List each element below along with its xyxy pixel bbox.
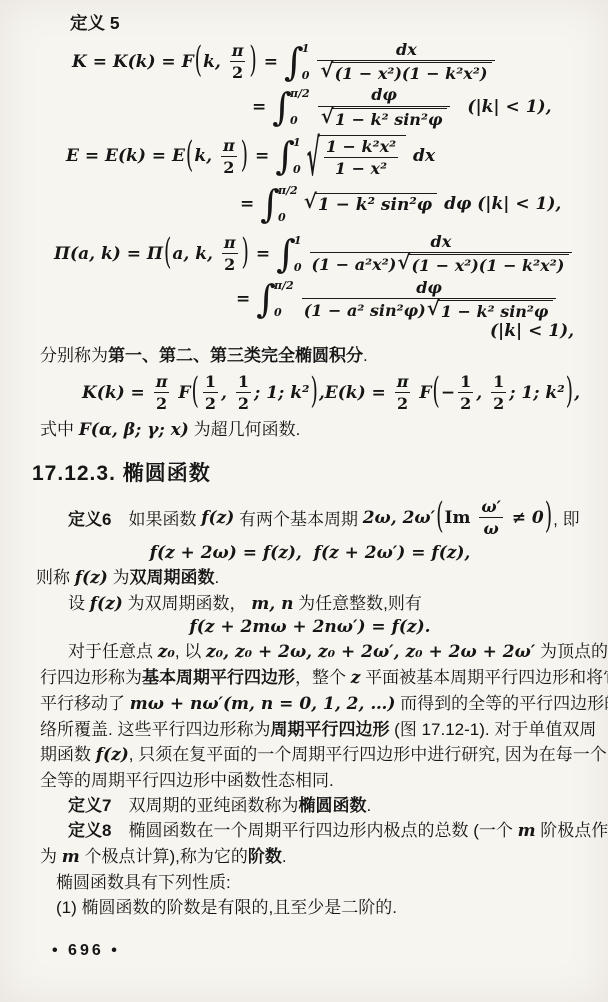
big-paren: ( xyxy=(436,500,443,535)
fraction-bar xyxy=(458,392,473,393)
math-text: 1 − x² xyxy=(335,159,387,178)
bold-text: 周期平行四边形 xyxy=(270,720,389,739)
fraction-denominator: ω xyxy=(481,519,500,538)
upper-limit: π/2 xyxy=(278,184,298,197)
text: 为任意整数,则有 xyxy=(293,594,421,613)
text: ，整个 xyxy=(295,668,351,687)
formula-k-condition: (|k| < 1), xyxy=(490,321,580,341)
fraction-denominator: 2 xyxy=(236,394,251,413)
fraction-denominator: 2 xyxy=(203,394,218,413)
math-roman-text: 2 xyxy=(224,255,235,274)
para-definition-8-line2: 为 m 个极点计算),称为它的阶数. xyxy=(40,844,580,870)
text: 个极点计算),称为它的 xyxy=(80,847,248,866)
text: 全等的周期平行四边形中函数性态相同. xyxy=(40,771,334,790)
integral-limits: 10 xyxy=(293,136,301,176)
text: . xyxy=(363,346,368,365)
math-text: − xyxy=(441,383,455,403)
math-text: ; 1; k² xyxy=(509,383,564,403)
fraction-bar xyxy=(395,392,411,393)
text: 平行移动了 xyxy=(40,694,130,713)
fraction: ω′ω xyxy=(479,497,502,538)
formula-Pi-line2: = ∫π/20dφ(1 − a² sin²φ)√1 − k² sin²φ xyxy=(236,278,580,321)
radical-icon: √ xyxy=(321,106,334,126)
math-text: F(α, β; γ; x) xyxy=(79,420,189,440)
para-parallelogram-line5: 期函数 f(z), 只须在复平面的一个周期平行四边形中进行研究, 因为在每一个 xyxy=(40,742,580,768)
text: 行四边形称为 xyxy=(40,668,142,687)
math-text: z xyxy=(351,668,361,688)
math-text: = xyxy=(258,52,284,72)
fraction-bar xyxy=(317,60,495,61)
definition-5-heading: 定义 5 xyxy=(70,12,580,34)
math-text: F xyxy=(172,383,190,403)
integral: ∫10 xyxy=(275,136,303,176)
integral: ∫π/20 xyxy=(260,184,301,224)
big-paren: ) xyxy=(241,139,248,174)
math-text: dx xyxy=(407,146,435,166)
fraction: dφ(1 − a² sin²φ)√1 − k² sin²φ xyxy=(302,278,557,321)
math-text: π xyxy=(232,41,244,60)
math-text: π xyxy=(223,136,235,155)
para-parallelogram-line1: 对于任意点 z₀, 以 z₀, z₀ + 2ω, z₀ + 2ω′, z₀ + … xyxy=(68,639,580,665)
integral-limits: π/20 xyxy=(278,184,298,224)
big-paren: ) xyxy=(310,375,317,410)
math-roman-text: 2 xyxy=(397,394,408,413)
math-roman-text: 2 xyxy=(493,394,504,413)
fraction-numerator: dφ xyxy=(414,278,444,297)
math-text: (1 − x²)(1 − k²x²) xyxy=(411,256,564,275)
fraction-denominator: 2 xyxy=(230,63,245,82)
math-roman-text: 1 xyxy=(493,372,504,391)
text: 分别称为 xyxy=(40,346,108,365)
integral-limits: 10 xyxy=(302,42,310,82)
fraction-bar xyxy=(230,61,246,62)
formula-double-period: f(z + 2ω) = f(z), f(z + 2ω′) = f(z), xyxy=(40,543,580,563)
big-paren: ) xyxy=(249,44,256,79)
math-text: = xyxy=(252,97,272,117)
text: 为 xyxy=(40,847,62,866)
fraction-numerator: π xyxy=(154,372,170,391)
square-root: √1 − k² sin²φ xyxy=(304,193,437,215)
page-number: • 696 • xyxy=(52,942,120,960)
para-definition-7: 定义7 双周期的亚纯函数称为椭圆函数. xyxy=(68,793,580,818)
bold-text: 定义8 xyxy=(68,821,111,840)
upper-limit: 1 xyxy=(293,136,301,149)
math-text: π xyxy=(156,372,168,391)
fraction-denominator: 1 − x² xyxy=(333,159,389,178)
integral: ∫π/20 xyxy=(256,279,297,319)
fraction: dx√(1 − x²)(1 − k²x²) xyxy=(317,40,495,83)
text: 如果函数 xyxy=(111,505,201,530)
fraction: π2 xyxy=(154,372,170,413)
math-roman-text: Im xyxy=(445,508,477,528)
math-text: = xyxy=(236,289,256,309)
fraction-numerator: π xyxy=(230,41,246,60)
text: 络所覆盖. 这些平行四边形称为 xyxy=(40,720,270,739)
math-text: π xyxy=(397,372,409,391)
math-text: = xyxy=(249,146,275,166)
big-paren: ( xyxy=(164,236,171,271)
big-paren: ( xyxy=(186,139,193,174)
math-text: 1 − k² sin²φ xyxy=(441,302,549,321)
math-text: ω xyxy=(483,519,498,538)
fraction-bar xyxy=(479,517,502,518)
bold-text: 双周期函数 xyxy=(130,568,215,587)
radicand: 1 − k² sin²φ xyxy=(315,193,437,215)
text: , 以 xyxy=(175,642,206,661)
fraction-denominator: 2 xyxy=(154,394,169,413)
bold-text: 椭圆函数 xyxy=(298,796,366,815)
para-parallelogram-line2: 行四边形称为基本周期平行四边形，整个 z 平面被基本周期平行四边形和将它 xyxy=(40,665,580,691)
upper-limit: π/2 xyxy=(290,87,310,100)
page-content: 定义 5K = K(k) = F(k, π2) = ∫10dx√(1 − x²)… xyxy=(40,12,580,920)
text: 对于任意点 xyxy=(68,642,158,661)
math-text: = xyxy=(250,244,276,264)
math-text: π xyxy=(224,233,236,252)
fraction-denominator: √(1 − x²)(1 − k²x²) xyxy=(317,62,495,83)
fraction-denominator: 2 xyxy=(491,394,506,413)
radical-icon: √ xyxy=(397,252,410,272)
square-root: √1 − k² sin²φ xyxy=(321,108,448,129)
integral-limits: 10 xyxy=(294,234,302,274)
radicand: 1 − k² sin²φ xyxy=(438,300,554,321)
big-paren: ) xyxy=(242,236,249,271)
bold-text: 第一、第二、第三类完全椭圆积分 xyxy=(108,346,363,365)
text: 阶极点作 xyxy=(536,821,608,840)
para-suppose: 设 f(z) 为双周期函数， m, n 为任意整数,则有 xyxy=(68,591,580,617)
math-roman-text: 2 xyxy=(205,394,216,413)
text: 为 xyxy=(108,568,130,587)
integral-limits: π/20 xyxy=(274,279,294,319)
math-text: ; 1; k² xyxy=(254,383,309,403)
radical-icon: √ xyxy=(427,298,440,318)
text: (1) 椭圆函数的阶数是有限的,且至少是二阶的. xyxy=(56,898,397,917)
math-text: (1 − a²x²) xyxy=(312,255,397,274)
math-text: 1 − k² sin²φ xyxy=(335,110,443,129)
math-text: k, xyxy=(203,52,227,72)
para-integral-names: 分别称为第一、第二、第三类完全椭圆积分. xyxy=(40,343,580,368)
fraction: π2 xyxy=(221,136,237,177)
square-root: √(1 − x²)(1 − k²x²) xyxy=(320,62,492,83)
formula-K-line2: = ∫π/20dφ√1 − k² sin²φ(|k| < 1), xyxy=(252,85,580,128)
lower-limit: 0 xyxy=(278,211,298,224)
text: 为超几何函数. xyxy=(189,420,300,439)
text: . xyxy=(366,796,371,815)
fraction-bar xyxy=(491,392,506,393)
radicand: (1 − x²)(1 − k²x²) xyxy=(332,62,493,83)
fraction-denominator: 2 xyxy=(458,394,473,413)
math-text: dx xyxy=(431,232,452,251)
math-text: ω′ xyxy=(481,497,500,516)
fraction: π2 xyxy=(395,372,411,413)
big-paren: ) xyxy=(566,375,573,410)
math-text: E(k) = xyxy=(325,383,392,403)
math-text: , xyxy=(574,383,580,403)
fraction-bar xyxy=(221,156,237,157)
lower-limit: 0 xyxy=(293,163,301,176)
fraction-numerator: dφ xyxy=(369,85,399,104)
text: (图 17.12-1). 对于单值双周 xyxy=(389,720,596,739)
text: 设 xyxy=(68,594,90,613)
lower-limit: 0 xyxy=(294,261,302,274)
math-text: 1 − k² sin²φ xyxy=(318,195,432,215)
bold-text: 定义 5 xyxy=(70,13,120,33)
para-parallelogram-line3: 平行移动了 mω + nω′(m, n = 0, 1, 2, …) 而得到的全等… xyxy=(40,691,580,717)
text: , 即 xyxy=(553,505,579,530)
math-roman-text: 1 xyxy=(205,372,216,391)
math-text: F xyxy=(413,383,431,403)
text: . xyxy=(282,847,287,866)
bold-text: 基本周期平行四边形 xyxy=(142,668,295,687)
para-definition-6: 定义6 如果函数 f(z) 有两个基本周期 2ω, 2ω′(Im ω′ω ≠ 0… xyxy=(68,497,580,538)
math-roman-text: 2 xyxy=(460,394,471,413)
fraction-numerator: dx xyxy=(394,40,419,59)
formula-hypergeometric: K(k) = π2 F(12, 12; 1; k²),E(k) = π2 F(−… xyxy=(82,372,580,413)
bold-text: 17.12.3. 椭圆函数 xyxy=(32,462,211,485)
fraction: dφ√1 − k² sin²φ xyxy=(318,85,451,128)
math-text: , xyxy=(476,383,488,403)
math-text: , xyxy=(221,383,233,403)
fraction-bar xyxy=(318,106,451,107)
square-root: √(1 − x²)(1 − k²x²) xyxy=(397,254,569,275)
math-roman-text: 2 xyxy=(156,394,167,413)
square-root: √1 − k² sin²φ xyxy=(427,300,554,321)
fraction-numerator: 1 xyxy=(236,372,251,391)
fraction-numerator: ω′ xyxy=(479,497,502,516)
text: , 只须在复平面的一个周期平行四边形中进行研究, 因为在每一个 xyxy=(129,745,607,764)
big-paren: ( xyxy=(191,375,198,410)
radicand: (1 − x²)(1 − k²x²) xyxy=(408,254,569,275)
math-roman-text: 2 xyxy=(223,158,234,177)
para-parallelogram-line6: 全等的周期平行四边形中函数性态相同. xyxy=(40,768,580,793)
formula-E-line1: E = E(k) = E(k, π2) = ∫10√1 − k²x²1 − x²… xyxy=(66,135,580,178)
text: 为双周期函数， xyxy=(123,594,251,613)
text: 期函数 xyxy=(40,745,96,764)
fraction-numerator: dx xyxy=(429,232,454,251)
math-roman-text: 1 xyxy=(238,372,249,391)
fraction-numerator: π xyxy=(395,372,411,391)
para-hypergeometric-note: 式中 F(α, β; γ; x) 为超几何函数. xyxy=(40,417,580,443)
fraction-numerator: π xyxy=(221,136,237,155)
math-text: K(k) = xyxy=(82,383,151,403)
fraction-numerator: 1 − k²x² xyxy=(324,137,398,156)
upper-limit: 1 xyxy=(294,234,302,247)
bold-text: 定义7 xyxy=(68,796,111,815)
math-text: K = K(k) = F xyxy=(72,52,194,72)
fraction-numerator: 1 xyxy=(491,372,506,391)
text: 则称 xyxy=(36,568,75,587)
text: 而得到的全等的平行四边形的网 xyxy=(395,694,608,713)
math-text: (1 − a² sin²φ) xyxy=(304,301,426,320)
big-paren: ( xyxy=(432,375,439,410)
math-text: (|k| < 1), xyxy=(467,97,551,117)
fraction-bar xyxy=(324,157,398,158)
fraction: 12 xyxy=(491,372,506,413)
integral: ∫10 xyxy=(276,234,304,274)
fraction: π2 xyxy=(222,233,238,274)
math-text: z₀, z₀ + 2ω, z₀ + 2ω′, z₀ + 2ω + 2ω′ xyxy=(206,642,535,662)
lower-limit: 0 xyxy=(302,69,310,82)
math-text: a, k, xyxy=(172,244,218,264)
math-text: (1 − x²)(1 − k²x²) xyxy=(335,64,488,83)
fraction-bar xyxy=(236,392,251,393)
text: 平面被基本周期平行四边形和将它 xyxy=(360,668,608,687)
scanned-book-page: 定义 5K = K(k) = F(k, π2) = ∫10dx√(1 − x²)… xyxy=(0,0,608,1002)
math-text: z₀ xyxy=(158,642,175,662)
fraction: 12 xyxy=(458,372,473,413)
fraction-denominator: (1 − a² sin²φ)√1 − k² sin²φ xyxy=(302,300,557,321)
math-text: dφ (|k| < 1), xyxy=(438,194,561,214)
math-text: m xyxy=(518,821,536,841)
fraction-denominator: 2 xyxy=(221,158,236,177)
integral: ∫π/20 xyxy=(272,87,313,127)
math-text: f(z + 2ω) = f(z), f(z + 2ω′) = f(z), xyxy=(150,543,471,563)
math-text: f(z) xyxy=(201,508,234,528)
math-text: E = E(k) = E xyxy=(66,146,185,166)
formula-E-line2: = ∫π/20√1 − k² sin²φ dφ (|k| < 1), xyxy=(240,184,580,224)
fraction-numerator: 1 xyxy=(458,372,473,391)
fraction-numerator: 1 xyxy=(203,372,218,391)
fraction-denominator: 2 xyxy=(222,255,237,274)
fraction-bar xyxy=(154,392,170,393)
math-text: = xyxy=(240,194,260,214)
text: 有两个基本周期 xyxy=(234,505,362,530)
fraction-bar xyxy=(222,253,238,254)
fraction: 12 xyxy=(236,372,251,413)
radical-icon: √ xyxy=(304,191,317,211)
integral: ∫10 xyxy=(284,42,312,82)
integral-limits: π/20 xyxy=(290,87,310,127)
formula-K-line1: K = K(k) = F(k, π2) = ∫10dx√(1 − x²)(1 −… xyxy=(72,40,580,83)
upper-limit: 1 xyxy=(302,42,310,55)
fraction: 1 − k²x²1 − x² xyxy=(324,137,398,178)
bold-text: 定义6 xyxy=(68,505,111,530)
text: 椭圆函数具有下列性质: xyxy=(56,873,231,892)
math-text: dφ xyxy=(371,85,397,104)
formula-Pi-line1: Π(a, k) = Π(a, k, π2) = ∫10dx(1 − a²x²)√… xyxy=(54,232,580,275)
para-definition-8-line1: 定义8 椭圆函数在一个周期平行四边形内极点的总数 (一个 m 阶极点作 xyxy=(68,818,580,844)
math-text: f(z) xyxy=(96,745,129,765)
math-text: k, xyxy=(194,146,218,166)
radical-icon: √ xyxy=(307,132,320,182)
math-roman-text: 1 xyxy=(460,372,471,391)
math-text: m, n xyxy=(251,594,293,614)
fraction: 12 xyxy=(203,372,218,413)
math-text: dx xyxy=(396,40,417,59)
math-roman-text: 2 xyxy=(232,63,243,82)
math-text: 2ω, 2ω′ xyxy=(363,508,435,528)
math-text: 1 − k²x² xyxy=(326,137,396,156)
fraction-denominator: (1 − a²x²)√(1 − x²)(1 − k²x²) xyxy=(310,254,573,275)
math-text: f(z + 2mω + 2nω′) = f(z). xyxy=(189,617,430,637)
math-text: ≠ 0 xyxy=(506,508,544,528)
math-roman-text: 2 xyxy=(238,394,249,413)
text: 双周期的亚纯函数称为 xyxy=(111,796,298,815)
lower-limit: 0 xyxy=(274,306,294,319)
lower-limit: 0 xyxy=(290,114,310,127)
para-properties-intro: 椭圆函数具有下列性质: xyxy=(56,870,580,895)
radicand: 1 − k²x²1 − x² xyxy=(318,135,406,178)
text: . xyxy=(215,568,220,587)
math-text: f(z) xyxy=(90,594,123,614)
fraction-numerator: π xyxy=(222,233,238,252)
fraction: π2 xyxy=(230,41,246,82)
math-text: dφ xyxy=(416,278,442,297)
fraction: dx(1 − a²x²)√(1 − x²)(1 − k²x²) xyxy=(310,232,573,275)
fraction-bar xyxy=(310,252,573,253)
text: 椭圆函数在一个周期平行四边形内极点的总数 (一个 xyxy=(111,821,517,840)
math-text: Π(a, k) = Π xyxy=(54,244,163,264)
para-property-1: (1) 椭圆函数的阶数是有限的,且至少是二阶的. xyxy=(56,895,580,920)
math-text: f(z) xyxy=(75,568,108,588)
radicand: 1 − k² sin²φ xyxy=(332,108,448,129)
square-root: √1 − k²x²1 − x² xyxy=(307,135,406,178)
big-paren: ( xyxy=(195,44,202,79)
math-text: m xyxy=(62,847,80,867)
para-parallelogram-line4: 络所覆盖. 这些平行四边形称为周期平行四边形 (图 17.12-1). 对于单值… xyxy=(40,717,580,742)
big-paren: ) xyxy=(545,500,552,535)
para-then-called: 则称 f(z) 为双周期函数. xyxy=(36,565,580,591)
section-heading-17-12-3: 17.12.3. 椭圆函数 xyxy=(32,459,580,489)
radical-icon: √ xyxy=(320,60,333,80)
fraction-denominator: √1 − k² sin²φ xyxy=(318,108,451,129)
text: 式中 xyxy=(40,420,79,439)
fraction-denominator: 2 xyxy=(395,394,410,413)
math-text: (|k| < 1), xyxy=(490,321,574,341)
fraction-bar xyxy=(203,392,218,393)
bold-text: 阶数 xyxy=(248,847,282,866)
formula-general-period: f(z + 2mω + 2nω′) = f(z). xyxy=(40,617,580,637)
upper-limit: π/2 xyxy=(274,279,294,292)
text: 为顶点的平 xyxy=(535,642,608,661)
math-text: mω + nω′(m, n = 0, 1, 2, …) xyxy=(130,694,396,714)
